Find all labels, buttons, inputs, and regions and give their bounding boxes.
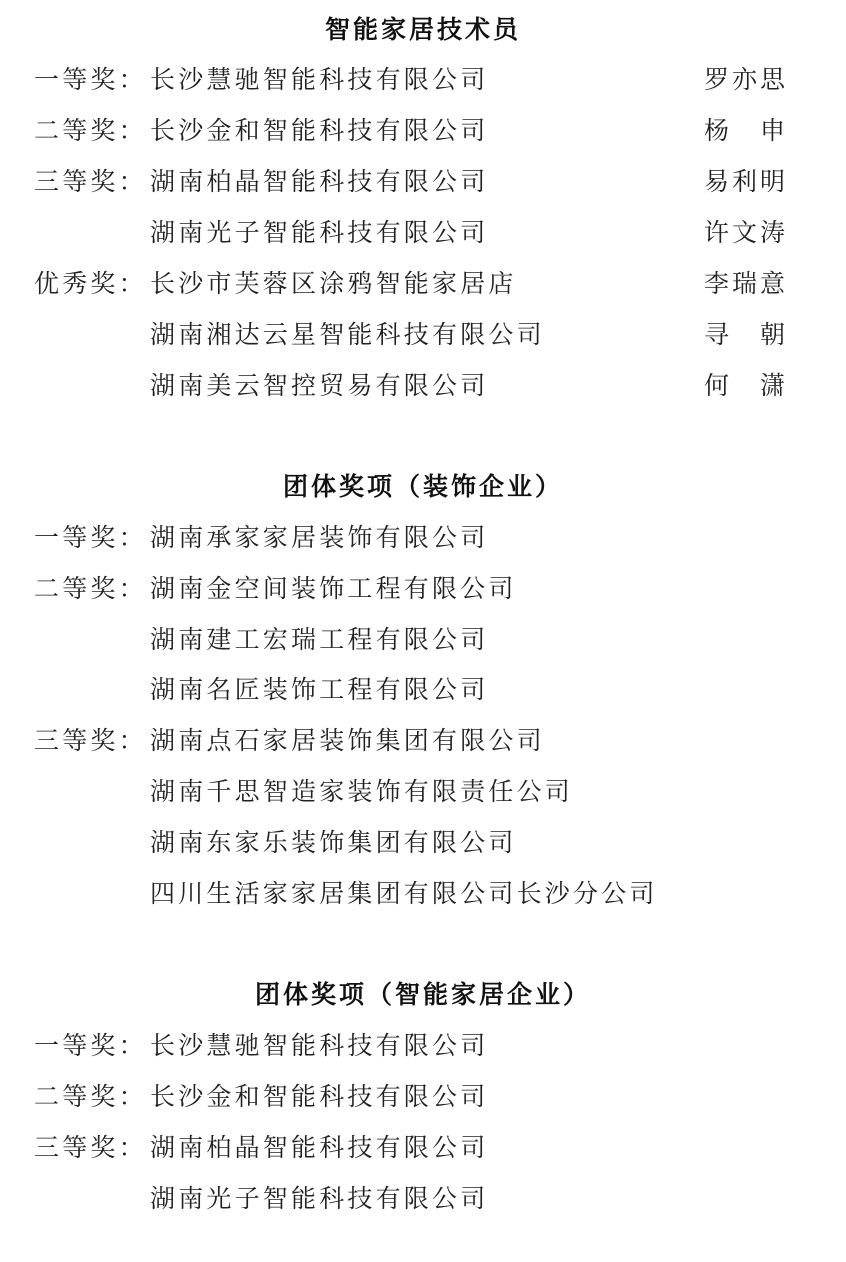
award-row: 湖南光子智能科技有限公司 许文涛 bbox=[0, 213, 846, 253]
winner-name: 许文涛 bbox=[704, 213, 788, 253]
company-name: 湖南建工宏瑞工程有限公司 bbox=[150, 620, 488, 660]
award-row: 湖南光子智能科技有限公司 bbox=[0, 1179, 846, 1219]
company-name: 湖南湘达云星智能科技有限公司 bbox=[150, 315, 545, 355]
winner-name: 寻 朝 bbox=[704, 315, 788, 355]
award-row: 一等奖： 湖南承家家居装饰有限公司 bbox=[0, 518, 846, 558]
award-level: 一等奖： bbox=[34, 518, 147, 558]
award-row: 二等奖： 长沙金和智能科技有限公司 bbox=[0, 1077, 846, 1117]
company-name: 四川生活家家居集团有限公司长沙分公司 bbox=[150, 874, 658, 914]
award-row: 湖南建工宏瑞工程有限公司 bbox=[0, 620, 846, 660]
award-level: 三等奖： bbox=[34, 162, 147, 202]
award-level: 三等奖： bbox=[34, 721, 147, 761]
award-row: 一等奖： 长沙慧驰智能科技有限公司 罗亦思 bbox=[0, 60, 846, 100]
company-name: 湖南金空间装饰工程有限公司 bbox=[150, 569, 517, 609]
award-row: 湖南湘达云星智能科技有限公司 寻 朝 bbox=[0, 315, 846, 355]
award-level: 一等奖： bbox=[34, 60, 147, 100]
award-row: 湖南名匠装饰工程有限公司 bbox=[0, 670, 846, 710]
award-level: 一等奖： bbox=[34, 1026, 147, 1066]
award-row: 优秀奖： 长沙市芙蓉区涂鸦智能家居店 李瑞意 bbox=[0, 264, 846, 304]
award-row: 三等奖： 湖南柏晶智能科技有限公司 bbox=[0, 1128, 846, 1168]
award-row: 湖南东家乐装饰集团有限公司 bbox=[0, 823, 846, 863]
company-name: 湖南点石家居装饰集团有限公司 bbox=[150, 721, 545, 761]
award-level: 优秀奖： bbox=[34, 264, 147, 304]
award-row: 湖南千思智造家装饰有限责任公司 bbox=[0, 772, 846, 812]
section-title: 团体奖项（装饰企业） bbox=[0, 467, 846, 507]
company-name: 长沙金和智能科技有限公司 bbox=[150, 111, 488, 151]
award-row: 二等奖： 长沙金和智能科技有限公司 杨 申 bbox=[0, 111, 846, 151]
award-row: 四川生活家家居集团有限公司长沙分公司 bbox=[0, 874, 846, 914]
winner-name: 罗亦思 bbox=[704, 60, 788, 100]
company-name: 湖南柏晶智能科技有限公司 bbox=[150, 162, 488, 202]
award-row: 湖南美云智控贸易有限公司 何 潇 bbox=[0, 366, 846, 406]
company-name: 湖南东家乐装饰集团有限公司 bbox=[150, 823, 517, 863]
award-level: 三等奖： bbox=[34, 1128, 147, 1168]
company-name: 湖南美云智控贸易有限公司 bbox=[150, 366, 488, 406]
company-name: 湖南柏晶智能科技有限公司 bbox=[150, 1128, 488, 1168]
winner-name: 易利明 bbox=[704, 162, 788, 202]
company-name: 湖南承家家居装饰有限公司 bbox=[150, 518, 488, 558]
award-level: 二等奖： bbox=[34, 111, 147, 151]
company-name: 湖南光子智能科技有限公司 bbox=[150, 1179, 488, 1219]
winner-name: 李瑞意 bbox=[704, 264, 788, 304]
award-row: 二等奖： 湖南金空间装饰工程有限公司 bbox=[0, 569, 846, 609]
company-name: 湖南光子智能科技有限公司 bbox=[150, 213, 488, 253]
winner-name: 杨 申 bbox=[704, 111, 788, 151]
company-name: 长沙慧驰智能科技有限公司 bbox=[150, 1026, 488, 1066]
company-name: 长沙市芙蓉区涂鸦智能家居店 bbox=[150, 264, 517, 304]
section-title: 智能家居技术员 bbox=[0, 10, 846, 50]
winner-name: 何 潇 bbox=[704, 366, 788, 406]
award-row: 三等奖： 湖南柏晶智能科技有限公司 易利明 bbox=[0, 162, 846, 202]
company-name: 湖南名匠装饰工程有限公司 bbox=[150, 670, 488, 710]
award-level: 二等奖： bbox=[34, 1077, 147, 1117]
company-name: 湖南千思智造家装饰有限责任公司 bbox=[150, 772, 573, 812]
company-name: 长沙慧驰智能科技有限公司 bbox=[150, 60, 488, 100]
award-row: 三等奖： 湖南点石家居装饰集团有限公司 bbox=[0, 721, 846, 761]
award-level: 二等奖： bbox=[34, 569, 147, 609]
section-title: 团体奖项（智能家居企业） bbox=[0, 975, 846, 1015]
award-row: 一等奖： 长沙慧驰智能科技有限公司 bbox=[0, 1026, 846, 1066]
company-name: 长沙金和智能科技有限公司 bbox=[150, 1077, 488, 1117]
